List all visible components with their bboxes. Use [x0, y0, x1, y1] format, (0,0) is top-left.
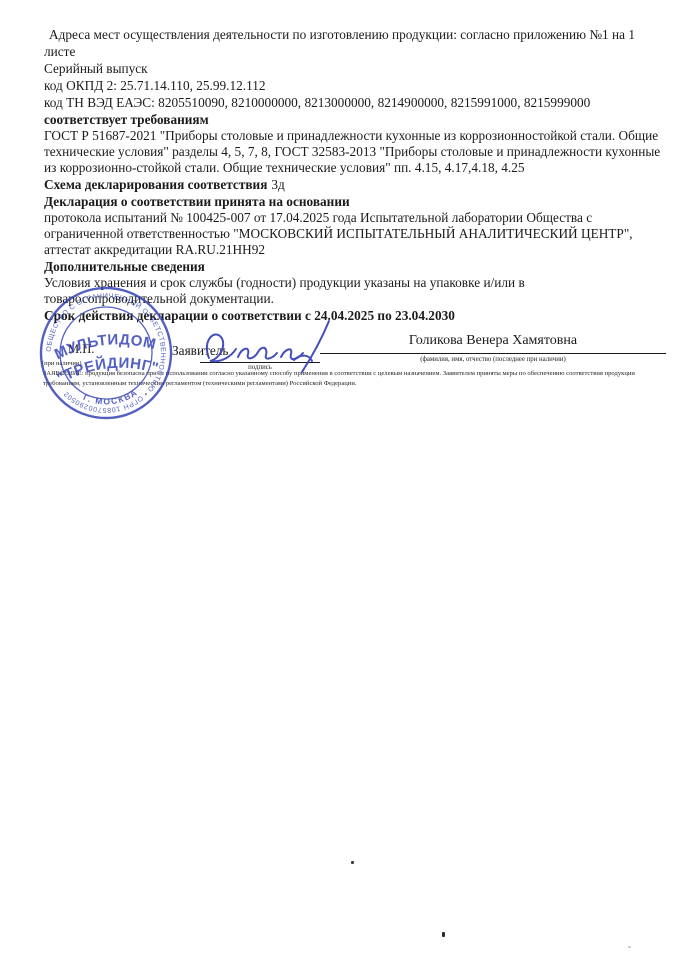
declaration-scheme-line: Схема декларирования соответствия3д — [44, 176, 668, 193]
applicant-name: Голикова Венера Хамятовна — [320, 333, 666, 349]
basis-text: протокола испытаний № 100425-007 от 17.0… — [44, 210, 668, 258]
applicant-name-block: Голикова Венера Хамятовна (фамилия, имя,… — [320, 333, 666, 363]
complies-heading: соответствует требованиям — [44, 111, 668, 128]
basis-heading: Декларация о соответствии принята на осн… — [44, 193, 668, 210]
name-underline — [320, 349, 666, 354]
name-caption: (фамилия, имя, отчество (последнее при н… — [320, 356, 666, 363]
manufacturing-addresses-text: Адреса мест осуществления деятельности п… — [44, 26, 668, 60]
serial-production-text: Серийный выпуск — [44, 60, 668, 77]
scan-artifact-dot — [351, 861, 354, 864]
declaration-document-page: Адреса мест осуществления деятельности п… — [0, 0, 693, 980]
scheme-value: 3д — [271, 177, 284, 192]
scheme-label: Схема декларирования соответствия — [44, 177, 267, 192]
okpd-code-text: код ОКПД 2: 25.71.14.110, 25.99.12.112 — [44, 77, 668, 94]
scan-artifact-dot — [628, 946, 631, 948]
tnved-code-text: код ТН ВЭД ЕАЭС: 8205510090, 8210000000,… — [44, 94, 668, 111]
gost-standards-text: ГОСТ Р 51687-2021 "Приборы столовые и пр… — [44, 128, 668, 176]
company-round-stamp: ОБЩЕСТВО С ОГРАНИЧЕННОЙ ОТВЕТСТВЕННОСТЬЮ… — [18, 265, 194, 441]
handwritten-signature — [193, 316, 343, 378]
scan-artifact-dot — [442, 932, 445, 937]
